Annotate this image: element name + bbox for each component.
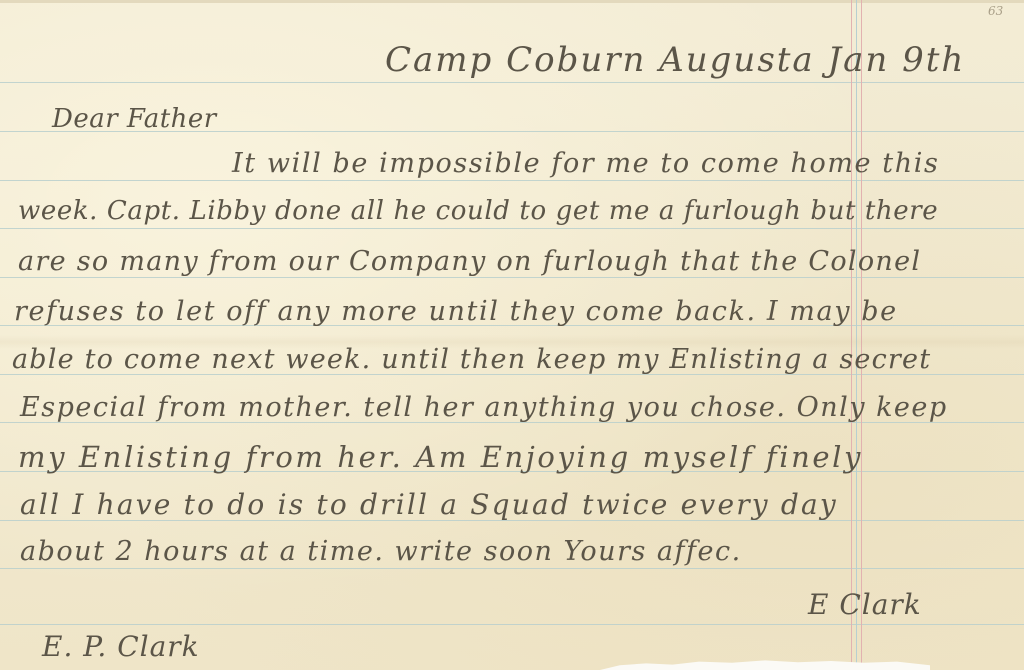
letter-line-3: are so many from our Company on furlough… bbox=[18, 246, 921, 277]
paper-top-edge bbox=[0, 0, 1024, 3]
rule-line bbox=[0, 180, 1024, 181]
rule-line bbox=[0, 624, 1024, 625]
letter-line-5: able to come next week. until then keep … bbox=[12, 344, 931, 375]
page-number: 63 bbox=[988, 4, 1003, 18]
letter-line-2: week. Capt. Libby done all he could to g… bbox=[18, 196, 938, 226]
docket-name: E. P. Clark bbox=[42, 630, 200, 663]
letter-salutation: Dear Father bbox=[52, 104, 217, 134]
rule-line bbox=[0, 568, 1024, 569]
letter-line-4: refuses to let off any more until they c… bbox=[14, 296, 898, 327]
rule-line bbox=[0, 277, 1024, 278]
torn-edge bbox=[600, 658, 930, 670]
letter-line-6: Especial from mother. tell her anything … bbox=[20, 392, 948, 423]
letter-line-8: all I have to do is to drill a Squad twi… bbox=[20, 488, 838, 521]
letter-heading: Camp Coburn Augusta Jan 9th bbox=[385, 40, 965, 80]
letter-page: 63 Camp Coburn Augusta Jan 9th Dear Fath… bbox=[0, 0, 1024, 670]
letter-line-9: about 2 hours at a time. write soon Your… bbox=[20, 536, 742, 567]
letter-signature: E Clark bbox=[808, 588, 922, 621]
rule-line bbox=[0, 228, 1024, 229]
letter-line-1: It will be impossible for me to come hom… bbox=[232, 148, 939, 179]
rule-line bbox=[0, 82, 1024, 83]
letter-line-7: my Enlisting from her. Am Enjoying mysel… bbox=[18, 440, 863, 474]
